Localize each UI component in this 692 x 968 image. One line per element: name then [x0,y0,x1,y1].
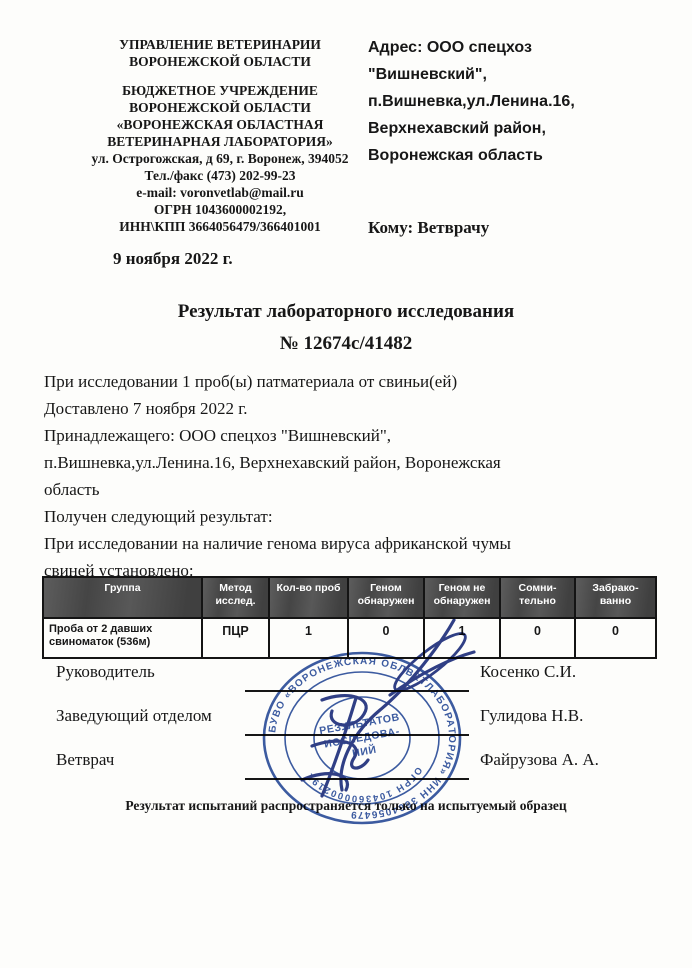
signatory-role: Заведующий отделом [56,706,212,726]
recipient-to-line: Кому: Ветврачу [368,218,489,238]
body-line: п.Вишневка,ул.Ленина.16, Верхнехавский р… [44,449,664,476]
sender-organization-line: БЮДЖЕТНОЕ УЧРЕЖДЕНИЕ [50,82,390,99]
cell-group: Проба от 2 давших свиноматок (536м) [43,618,202,658]
column-header-rejected: Забрако-ванно [575,577,656,618]
sender-department-line: УПРАВЛЕНИЕ ВЕТЕРИНАРИИ [50,36,390,53]
body-line: область [44,476,664,503]
body-line: Принадлежащего: ООО спецхоз "Вишневский"… [44,422,664,449]
sender-organization-line: ВЕТЕРИНАРНАЯ ЛАБОРАТОРИЯ» [50,133,390,150]
sender-letterhead: УПРАВЛЕНИЕ ВЕТЕРИНАРИИ ВОРОНЕЖСКОЙ ОБЛАС… [50,36,390,235]
body-line: Получен следующий результат: [44,503,664,530]
document-page: УПРАВЛЕНИЕ ВЕТЕРИНАРИИ ВОРОНЕЖСКОЙ ОБЛАС… [0,0,692,968]
recipient-address-line: Воронежская область [368,142,668,169]
recipient-address-line: Верхнехавский район, [368,115,668,142]
recipient-address-line: п.Вишневка,ул.Ленина.16, [368,88,668,115]
sender-email: e-mail: voronvetlab@mail.ru [50,184,390,201]
recipient-address-line: "Вишневский", [368,61,668,88]
signatory-role: Ветврач [56,750,114,770]
column-header-group: Группа [43,577,202,618]
document-title: Результат лабораторного исследования № 1… [0,296,692,360]
sender-organization-line: ВОРОНЕЖСКОЙ ОБЛАСТИ [50,99,390,116]
sender-street-address: ул. Острогожская, д 69, г. Воронеж, 3940… [50,150,390,167]
title-line: Результат лабораторного исследования [0,296,692,328]
stamp-inner-ring-text: ОГРН 1043600002192 [304,765,424,804]
sender-ogrn: ОГРН 1043600002192, [50,201,390,218]
signatory-role: Руководитель [56,662,155,682]
sender-phone: Тел./факс (473) 202-99-23 [50,167,390,184]
sender-organization-line: «ВОРОНЕЖСКАЯ ОБЛАСТНАЯ [50,116,390,133]
recipient-address: Адрес: ООО спецхоз "Вишневский", п.Вишне… [368,34,668,169]
body-text: При исследовании 1 проб(ы) патматериала … [44,368,664,584]
document-date: 9 ноября 2022 г. [113,249,233,269]
sender-inn-kpp: ИНН\КПП 3664056479/366401001 [50,218,390,235]
body-line: При исследовании 1 проб(ы) патматериала … [44,368,664,395]
body-line: Доставлено 7 ноября 2022 г. [44,395,664,422]
sender-department-line: ВОРОНЕЖСКОЙ ОБЛАСТИ [50,53,390,70]
laboratory-round-stamp: БУВО «ВОРОНЕЖСКАЯ ОБЛВЕТЛАБОРАТОРИЯ» ИНН… [240,600,520,840]
recipient-address-line: Адрес: ООО спецхоз [368,34,668,61]
body-line: При исследовании на наличие генома вирус… [44,530,664,557]
document-number: № 12674с/41482 [0,328,692,360]
cell-rejected: 0 [575,618,656,658]
